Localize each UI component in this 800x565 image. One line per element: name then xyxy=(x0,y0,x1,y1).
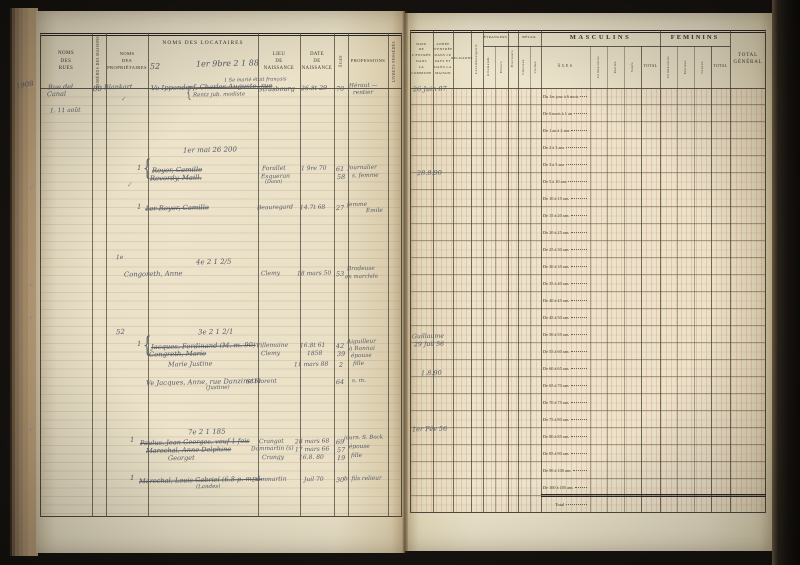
dotted-leader xyxy=(571,299,587,301)
col-header-total-f: TOTAL xyxy=(711,47,730,87)
handwritten-text: 1er Royer, Camille xyxy=(145,204,209,212)
age-row-label: Du 1er jour à 6 mois xyxy=(543,94,578,99)
age-row-label: De 25 à 30 ans xyxy=(543,247,569,252)
col-header-date: DATE DE NAISSANCE xyxy=(300,35,334,88)
handwritten-text: Revordy, Maill. xyxy=(150,174,202,182)
handwritten-text: fille xyxy=(351,454,362,460)
dotted-leader xyxy=(568,180,587,182)
handwritten-text: épouse xyxy=(349,445,370,451)
handwritten-text: 16.8. 80 xyxy=(299,455,324,462)
age-row-label: De 10 à 15 ans xyxy=(543,196,569,201)
handwritten-text: 64 xyxy=(336,379,344,386)
dotted-leader xyxy=(566,163,587,165)
col-header-chevaux: Chevaux xyxy=(518,47,530,87)
handwritten-text: Clemy xyxy=(261,271,280,277)
grid-line xyxy=(641,46,642,513)
book-cover-right xyxy=(772,0,800,565)
handwritten-text: 28 mars 68 xyxy=(295,439,329,446)
handwritten-text: 1er Fév 56 xyxy=(412,426,447,433)
age-row-label: De 35 à 40 ans xyxy=(543,281,569,286)
col-header-ages-ranges: ÂGES xyxy=(541,47,590,87)
age-row-label: De 40 à 45 ans xyxy=(543,298,569,303)
dotted-leader xyxy=(571,197,587,199)
grid-line xyxy=(453,30,454,513)
age-row-label: De 30 à 35 ans xyxy=(543,264,569,269)
age-row: De 15 à 20 ans xyxy=(541,207,590,224)
age-row-label: De 60 à 65 ans xyxy=(543,366,569,371)
handwritten-text: Crangy xyxy=(262,455,284,461)
grid-line xyxy=(624,46,625,513)
age-row-label: De 5 à 10 ans xyxy=(543,179,566,184)
col-header-vaches: Vaches xyxy=(530,47,541,87)
handwritten-text: Strasbourg xyxy=(258,86,295,93)
age-row-label: De 45 à 50 ans xyxy=(543,315,569,320)
age-row: De 75 à 80 ans xyxy=(541,411,590,428)
age-row: De 25 à 30 ans xyxy=(541,241,590,258)
handwritten-text: Dommartin xyxy=(252,477,287,484)
col-header-proprietaires: NOMS DES PROPRIÉTAIRES xyxy=(106,35,148,88)
grid-line xyxy=(106,33,107,517)
handwritten-text: ✓ xyxy=(28,281,35,289)
handwritten-text: 26.8t 29 xyxy=(301,86,327,93)
handwritten-text: 1e xyxy=(116,255,123,261)
dotted-leader xyxy=(566,503,587,505)
handwritten-text: Rentz jub. modiste xyxy=(193,92,245,99)
col-header-professions: PROFESSIONS xyxy=(348,35,388,88)
band-header-masculins: MASCULINS xyxy=(541,30,660,46)
handwritten-text: ✓ xyxy=(121,96,127,103)
col-header-total-m: TOTAL xyxy=(641,47,660,87)
grid-line xyxy=(433,30,434,513)
handwritten-text: St Florent xyxy=(246,379,277,386)
age-row: De 100 à 105 ans xyxy=(541,479,590,496)
dotted-leader xyxy=(571,418,587,420)
handwritten-text: Brodeuse xyxy=(347,267,375,273)
handwritten-text: ✓ xyxy=(28,314,35,322)
grid-line xyxy=(495,46,496,513)
col-header-annee-entree: ANNÉE D'ENTRÉE DANS LE PAYS ET DANS LA M… xyxy=(433,31,453,87)
dotted-leader xyxy=(571,435,587,437)
handwritten-text: Emile xyxy=(366,209,383,215)
age-row-label: De 80 à 85 ans xyxy=(543,434,569,439)
handwritten-text: 11 mars 88 xyxy=(294,362,328,369)
age-row-label: De 100 à 105 ans xyxy=(543,485,573,490)
handwritten-text: 27 xyxy=(336,205,344,212)
age-row: De 2 à 3 ans xyxy=(541,139,590,156)
handwritten-text: Beauregard xyxy=(257,205,293,212)
grid-line xyxy=(590,46,591,513)
age-row: De 30 à 35 ans xyxy=(541,258,590,275)
handwritten-text: Congoreth, Anne xyxy=(124,270,183,278)
col-header-luxembourgeois: Luxembourgeois xyxy=(471,31,483,87)
handwritten-text: Dommartin (s) xyxy=(251,447,294,454)
handwritten-text: 18 mars 50 xyxy=(297,271,331,278)
age-row-label: De 50 à 55 ans xyxy=(543,332,569,337)
handwritten-text: 42 xyxy=(336,343,344,350)
handwritten-text: journ. S. Bock xyxy=(344,436,383,442)
age-row: De 80 à 85 ans xyxy=(541,428,590,445)
age-row-label: De 90 à 100 ans xyxy=(543,468,571,473)
handwritten-text: 58 xyxy=(337,174,345,181)
age-row-label: De 3 à 5 ans xyxy=(543,162,564,167)
dotted-leader xyxy=(571,129,587,131)
handwritten-text: Guillaume xyxy=(412,334,444,341)
handwritten-text: 3e 2 1 2/1 xyxy=(198,329,234,337)
dotted-leader xyxy=(571,401,587,403)
handwritten-text: rentier xyxy=(353,91,373,97)
handwritten-text: 1 xyxy=(137,341,142,348)
col-header-veuves: Veuves xyxy=(694,47,711,87)
grid-line xyxy=(660,30,661,513)
grid-line xyxy=(334,33,335,517)
handwritten-text: (Dann) xyxy=(265,180,282,185)
dotted-leader xyxy=(571,214,587,216)
total-row: Total xyxy=(541,496,590,513)
grid-line xyxy=(92,33,93,517)
age-row-label: De 70 à 75 ans xyxy=(543,400,569,405)
dotted-leader xyxy=(571,231,587,233)
age-row-label: De 2 à 3 ans xyxy=(543,145,564,150)
age-row-label: De 20 à 25 ans xyxy=(543,230,569,235)
handwritten-text: 1 xyxy=(137,204,142,211)
grid-line xyxy=(694,46,695,513)
handwritten-text: 26 Juin 87 xyxy=(413,86,447,93)
handwritten-text: 1 9re 70 xyxy=(301,166,327,173)
dotted-leader xyxy=(571,248,587,250)
col-header-maries: Mariés xyxy=(607,47,624,87)
handwritten-text: 16.8t 61 xyxy=(300,343,325,350)
handwritten-text: ✓ xyxy=(28,184,35,192)
col-header-veufs: Veufs xyxy=(624,47,641,87)
dotted-leader xyxy=(571,282,587,284)
age-row: De 65 à 70 ans xyxy=(541,377,590,394)
handwritten-text: Forallet xyxy=(262,166,286,172)
dotted-leader xyxy=(571,316,587,318)
age-row: De 60 à 65 ans xyxy=(541,360,590,377)
scanned-register-spread: NOMS DES RUES NUMÉROS DES MAISONS NOMS D… xyxy=(0,0,800,565)
col-header-maisons: NUMÉROS DES MAISONS xyxy=(92,35,106,88)
grid-line xyxy=(518,30,519,513)
col-header-religions: RELIGIONS xyxy=(453,31,471,87)
handwritten-text: Canal xyxy=(47,91,66,98)
handwritten-text: 1. 11 août xyxy=(50,108,81,115)
age-row-label: Total xyxy=(555,502,564,507)
handwritten-text: Clemy xyxy=(261,351,280,357)
age-row: De 3 à 5 ans xyxy=(541,156,590,173)
age-row-label: De 65 à 70 ans xyxy=(543,383,569,388)
handwritten-text: en marchde xyxy=(345,275,378,281)
handwritten-text: s. femme xyxy=(352,174,379,180)
handwritten-text: journalier xyxy=(348,166,377,172)
age-row-label: De 75 à 80 ans xyxy=(543,417,569,422)
age-row: De 10 à 15 ans xyxy=(541,190,590,207)
handwritten-text: (Justine) xyxy=(206,386,230,392)
handwritten-text: Marie Justine xyxy=(168,361,213,368)
dotted-leader xyxy=(571,367,587,369)
band-header-etrangers: ÉTRANGERS xyxy=(483,30,508,46)
dotted-leader xyxy=(566,146,587,148)
handwritten-text: 14.7t 68 xyxy=(300,205,325,212)
handwritten-text: 28.8.90 xyxy=(417,170,442,177)
grid-line xyxy=(508,30,509,513)
handwritten-text: 29 Juil 56 xyxy=(414,342,444,349)
col-header-electeurs: Électeurs xyxy=(508,31,518,87)
age-row: De 45 à 50 ans xyxy=(541,309,590,326)
handwritten-text: 52 xyxy=(116,329,125,336)
age-row: De 70 à 75 ans xyxy=(541,394,590,411)
col-header-allemands: Allemands xyxy=(483,47,495,87)
col-header-celibataires-f: Célibataires xyxy=(660,47,677,87)
dotted-leader xyxy=(573,469,587,471)
handwritten-text: 7e 2 1 185 xyxy=(188,429,226,437)
handwritten-text: 17 mars 66 xyxy=(295,447,329,454)
grid-line xyxy=(730,30,731,513)
handwritten-text: 1er mai 26 200 xyxy=(183,146,237,154)
age-row-label: De 1 an à 2 ans xyxy=(543,128,569,133)
age-row: De 1 an à 2 ans xyxy=(541,122,590,139)
col-header-total-general: TOTAL GÉNÉRAL xyxy=(730,31,766,87)
dotted-leader xyxy=(571,333,587,335)
age-row: De 90 à 100 ans xyxy=(541,462,590,479)
handwritten-text: 4e 2 1 2/5 xyxy=(196,259,232,267)
handwritten-text: 57 xyxy=(337,447,345,454)
handwritten-text: 70 xyxy=(336,86,344,93)
age-row-label: De 6 mois à 1 an xyxy=(543,111,572,116)
age-row-label: De 55 à 60 ans xyxy=(543,349,569,354)
handwritten-text: Congreth, Marie xyxy=(149,350,206,358)
handwritten-text: 88 xyxy=(93,86,102,93)
handwritten-text: 1 xyxy=(137,165,142,172)
age-row: De 40 à 45 ans xyxy=(541,292,590,309)
handwritten-text: Crangot xyxy=(259,439,284,446)
handwritten-text: 2 xyxy=(339,362,343,369)
age-row: De 50 à 55 ans xyxy=(541,326,590,343)
handwritten-text: 1.8.90 xyxy=(421,370,442,377)
age-row-label: De 15 à 20 ans xyxy=(543,213,569,218)
handwritten-text: 52 xyxy=(150,63,160,71)
handwritten-text: 1er 9bre 2 1 88 xyxy=(196,59,259,68)
handwritten-text: épouse xyxy=(351,354,372,360)
band-header-betail: BÉTAIL xyxy=(518,30,541,46)
age-row: De 55 à 60 ans xyxy=(541,343,590,360)
band-header-feminins: FEMININS xyxy=(660,30,730,46)
handwritten-text: b. fils relieur xyxy=(344,477,382,484)
handwritten-text: Juil 70 xyxy=(304,477,324,483)
handwritten-text: 39 xyxy=(337,351,345,358)
age-row: De 85 à 90 ans xyxy=(541,445,590,462)
handwritten-text: fille xyxy=(353,362,364,368)
age-row-label: De 85 à 90 ans xyxy=(543,451,569,456)
grid-line xyxy=(677,46,678,513)
col-header-mariees: Mariées xyxy=(677,47,694,87)
handwritten-text: 1 xyxy=(130,475,135,482)
col-header-date-entree: DATE DE L'ENTRÉE DANS LA COMMUNE xyxy=(410,31,433,87)
handwritten-text: s. m. xyxy=(352,379,366,385)
dotted-leader xyxy=(571,265,587,267)
dotted-leader xyxy=(574,112,587,114)
col-header-celibataires-m: Célibataires xyxy=(590,47,607,87)
dotted-leader xyxy=(575,486,587,488)
handwritten-text: ✓ xyxy=(127,182,133,189)
grid-line xyxy=(483,30,484,513)
handwritten-text: (Landes) xyxy=(196,485,220,491)
handwritten-text: Georget xyxy=(168,455,195,462)
dotted-leader xyxy=(580,95,587,97)
handwritten-text: Villemaine xyxy=(256,343,288,350)
handwritten-text: Blankart xyxy=(104,84,133,91)
age-row: De 20 à 25 ans xyxy=(541,224,590,241)
age-row: De 35 à 40 ans xyxy=(541,275,590,292)
col-header-livrets: LIVRETS POSSÉDÉS xyxy=(388,35,402,88)
grid-line xyxy=(711,46,712,513)
grid-line xyxy=(471,30,472,513)
dotted-leader xyxy=(571,384,587,386)
dotted-leader xyxy=(571,350,587,352)
col-header-ages: ÂGES xyxy=(334,35,348,88)
col-header-rues: NOMS DES RUES xyxy=(40,35,92,88)
grid-line xyxy=(607,46,608,513)
handwritten-text: 1858 xyxy=(307,351,322,357)
age-row: De 5 à 10 ans xyxy=(541,173,590,190)
grid-line xyxy=(530,46,531,513)
dotted-leader xyxy=(571,452,587,454)
age-row: Du 1er jour à 6 mois xyxy=(541,88,590,105)
handwritten-text: ✓ xyxy=(28,426,35,434)
grid-line xyxy=(388,33,389,517)
handwritten-text: 1 xyxy=(130,437,135,444)
book-spine-shadow xyxy=(402,11,408,553)
handwritten-text: { xyxy=(186,87,192,102)
handwritten-text: 53 xyxy=(336,271,344,278)
handwritten-text: femme xyxy=(347,203,367,209)
age-row: De 6 mois à 1 an xyxy=(541,105,590,122)
handwritten-text: 61 xyxy=(336,166,344,173)
col-header-divers: Divers xyxy=(495,47,508,87)
handwritten-text: 19 xyxy=(337,455,345,462)
